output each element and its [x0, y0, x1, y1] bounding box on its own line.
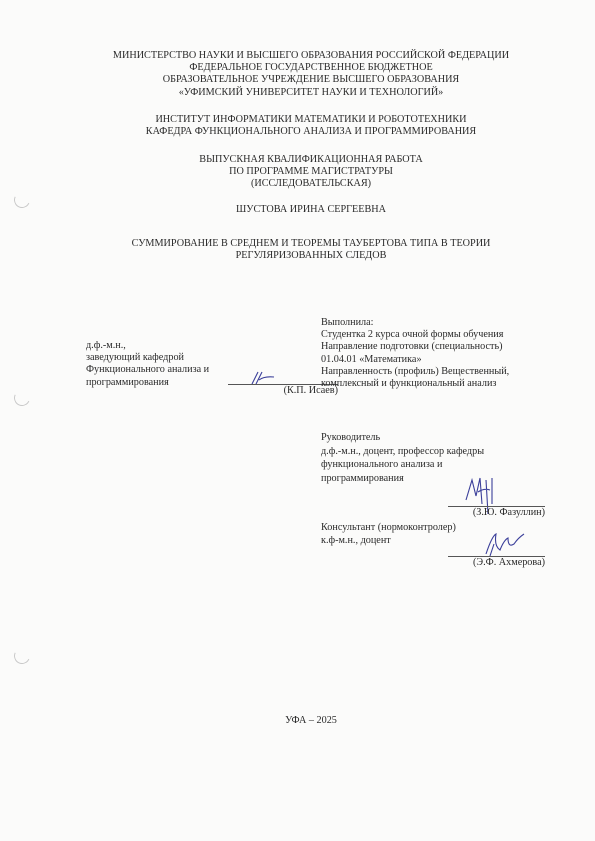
author-text: ШУСТОВА ИРИНА СЕРГЕЕВНА [0, 204, 595, 216]
header-line: ОБРАЗОВАТЕЛЬНОЕ УЧРЕЖДЕНИЕ ВЫСШЕГО ОБРАЗ… [0, 74, 595, 86]
department-line: КАФЕДРА ФУНКЦИОНАЛЬНОГО АНАЛИЗА И ПРОГРА… [0, 126, 595, 138]
consultant-block: Консультант (нормоконтролер) к.ф-м.н., д… [321, 521, 456, 547]
supervisor-line: д.ф.-м.н., доцент, профессор кафедры [321, 445, 484, 459]
performer-line: Направленность (профиль) Вещественный, [321, 366, 509, 378]
thesis-title: СУММИРОВАНИЕ В СРЕДНЕМ И ТЕОРЕМЫ ТАУБЕРТ… [0, 238, 595, 262]
consultant-name: (Э.Ф. Ахмерова) [440, 557, 545, 569]
institute-block: ИНСТИТУТ ИНФОРМАТИКИ МАТЕМАТИКИ И РОБОТО… [0, 114, 595, 138]
performer-line: 01.04.01 «Математика» [321, 354, 509, 366]
header-line: «УФИМСКИЙ УНИВЕРСИТЕТ НАУКИ И ТЕХНОЛОГИЙ… [0, 87, 595, 99]
title-page: МИНИСТЕРСТВО НАУКИ И ВЫСШЕГО ОБРАЗОВАНИЯ… [0, 0, 595, 841]
hod-line: программирования [86, 377, 209, 389]
ministry-header: МИНИСТЕРСТВО НАУКИ И ВЫСШЕГО ОБРАЗОВАНИЯ… [0, 50, 595, 99]
consultant-name-text: (Э.Ф. Ахмерова) [473, 557, 545, 568]
hod-line: заведующий кафедрой [86, 352, 209, 364]
author-name: ШУСТОВА ИРИНА СЕРГЕЕВНА [0, 204, 595, 216]
supervisor-name: (З.Ю. Фазуллин) [440, 507, 545, 519]
binder-hole [12, 646, 33, 667]
head-of-department-block: д.ф.-м.н., заведующий кафедрой Функциона… [86, 340, 209, 389]
performer-line: Студентка 2 курса очной формы обучения [321, 329, 509, 341]
hod-line: д.ф.-м.н., [86, 340, 209, 352]
supervisor-line: Руководитель [321, 431, 484, 445]
header-line: МИНИСТЕРСТВО НАУКИ И ВЫСШЕГО ОБРАЗОВАНИЯ… [0, 50, 595, 62]
supervisor-name-text: (З.Ю. Фазуллин) [473, 507, 545, 518]
performer-line: Направление подготовки (специальность) [321, 341, 509, 353]
title-line: РЕГУЛЯРИЗОВАННЫХ СЛЕДОВ [0, 250, 595, 262]
work-type-line: ВЫПУСКНАЯ КВАЛИФИКАЦИОННАЯ РАБОТА [0, 154, 595, 166]
hod-line: Функционального анализа и [86, 364, 209, 376]
performer-line: Выполнила: [321, 317, 509, 329]
consultant-line: к.ф-м.н., доцент [321, 534, 456, 547]
title-line: СУММИРОВАНИЕ В СРЕДНЕМ И ТЕОРЕМЫ ТАУБЕРТ… [0, 238, 595, 250]
work-type-line: (ИССЛЕДОВАТЕЛЬСКАЯ) [0, 178, 595, 190]
performer-block: Выполнила: Студентка 2 курса очной формы… [321, 317, 509, 390]
header-line: ФЕДЕРАЛЬНОЕ ГОСУДАРСТВЕННОЕ БЮДЖЕТНОЕ [0, 62, 595, 74]
work-type-line: ПО ПРОГРАММЕ МАГИСТРАТУРЫ [0, 166, 595, 178]
institute-line: ИНСТИТУТ ИНФОРМАТИКИ МАТЕМАТИКИ И РОБОТО… [0, 114, 595, 126]
city-year: УФА – 2025 [0, 715, 595, 727]
consultant-line: Консультант (нормоконтролер) [321, 521, 456, 534]
consultant-signature-icon [482, 530, 528, 558]
supervisor-line: функционального анализа и [321, 458, 484, 472]
binder-hole [12, 388, 33, 409]
work-type-block: ВЫПУСКНАЯ КВАЛИФИКАЦИОННАЯ РАБОТА ПО ПРО… [0, 154, 595, 191]
supervisor-line: программирования [321, 472, 484, 486]
city-year-text: УФА – 2025 [0, 715, 595, 727]
performer-line: комплексный и функциональный анализ [321, 378, 509, 390]
supervisor-block: Руководитель д.ф.-м.н., доцент, профессо… [321, 431, 484, 485]
